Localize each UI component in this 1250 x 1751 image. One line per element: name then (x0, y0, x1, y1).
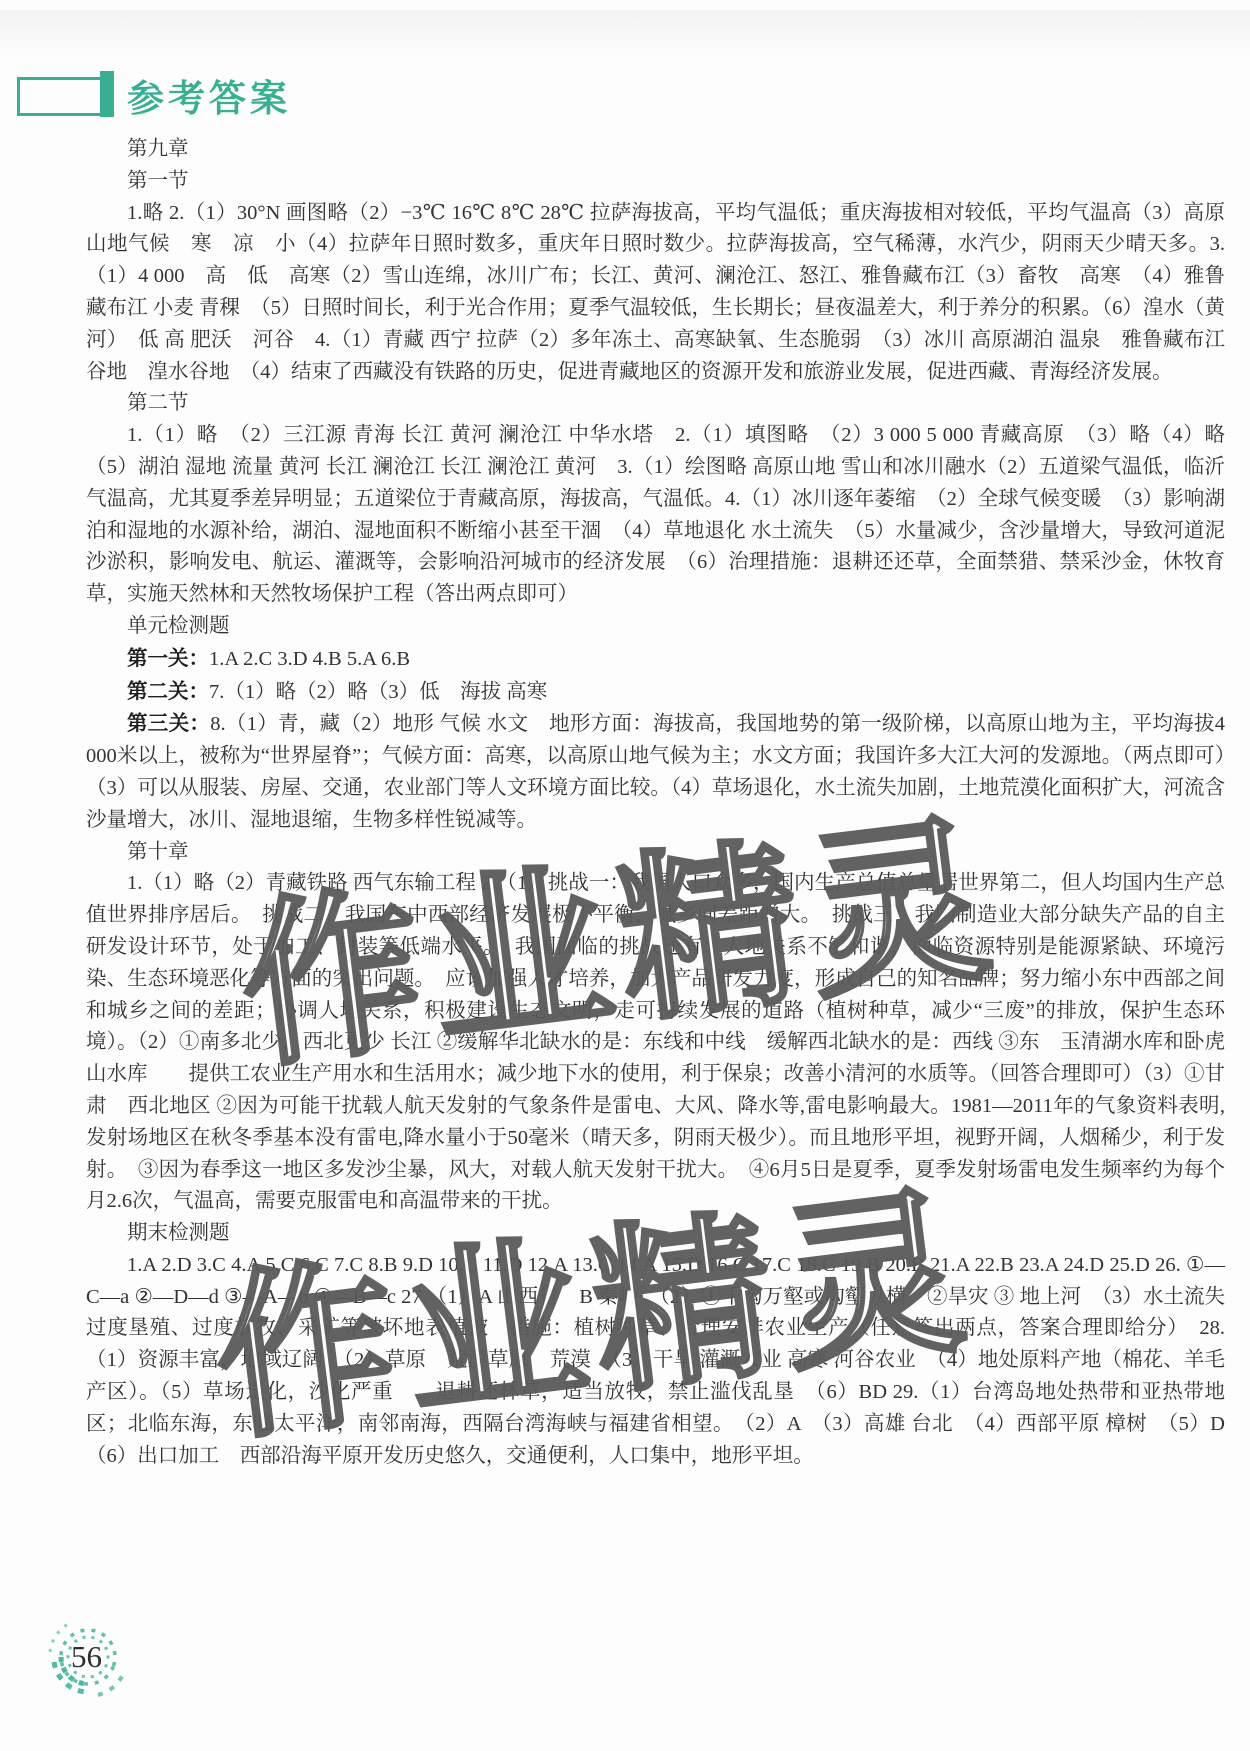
title-outline-box (17, 77, 103, 116)
unit-test-pass2: 第二关：7.（1）略（2）略（3）低 海拔 高寒 (86, 676, 1225, 709)
chapter9-heading: 第九章 (86, 134, 1225, 166)
chapter10-heading: 第十章 (86, 837, 1225, 869)
pass3-answers: 8.（1）青，藏（2）地形 气候 水文 地形方面：海拔高，我国地势的第一级阶梯，… (86, 713, 1246, 830)
chapter10-answers: 1.（1）略（2）青藏铁路 西气东输工程 2.（1）挑战一：我国人口众多，国内生… (86, 868, 1225, 1218)
pass3-label: 第三关： (127, 712, 210, 735)
page-title: 参考答案 (127, 68, 291, 122)
pass1-label: 第一关： (127, 647, 209, 670)
answers-content: 第九章 第一节 1.略 2.（1）30°N 画图略（2）−3℃ 16℃ 8℃ 2… (86, 134, 1225, 1472)
section1-heading: 第一节 (86, 166, 1225, 198)
pass1-answers: 1.A 2.C 3.D 4.B 5.A 6.B (209, 648, 410, 670)
section1-answers: 1.略 2.（1）30°N 画图略（2）−3℃ 16℃ 8℃ 28℃ 拉萨海拔高… (86, 198, 1225, 389)
unit-test-heading: 单元检测题 (86, 611, 1225, 643)
section2-answers: 1.（1）略 （2）三江源 青海 长江 黄河 澜沧江 中华水塔 2.（1）填图略… (86, 420, 1225, 611)
final-test-heading: 期末检测题 (86, 1218, 1225, 1250)
page-number: 56 (71, 1639, 102, 1675)
final-test-answers: 1.A 2.D 3.C 4.A 5.C 6.C 7.C 8.B 9.D 10.C… (86, 1250, 1225, 1473)
page-number-area: 56 (28, 1602, 148, 1722)
scan-shadow-band (0, 10, 1250, 60)
unit-test-pass1: 第一关：1.A 2.C 3.D 4.B 5.A 6.B (86, 643, 1225, 676)
unit-test-pass3: 第三关：8.（1）青，藏（2）地形 气候 水文 地形方面：海拔高，我国地势的第一… (86, 708, 1225, 836)
pass2-answers: 7.（1）略（2）略（3）低 海拔 高寒 (209, 681, 547, 703)
title-accent-block (100, 71, 114, 117)
pass2-label: 第二关： (127, 680, 209, 703)
section2-heading: 第二节 (86, 388, 1225, 420)
